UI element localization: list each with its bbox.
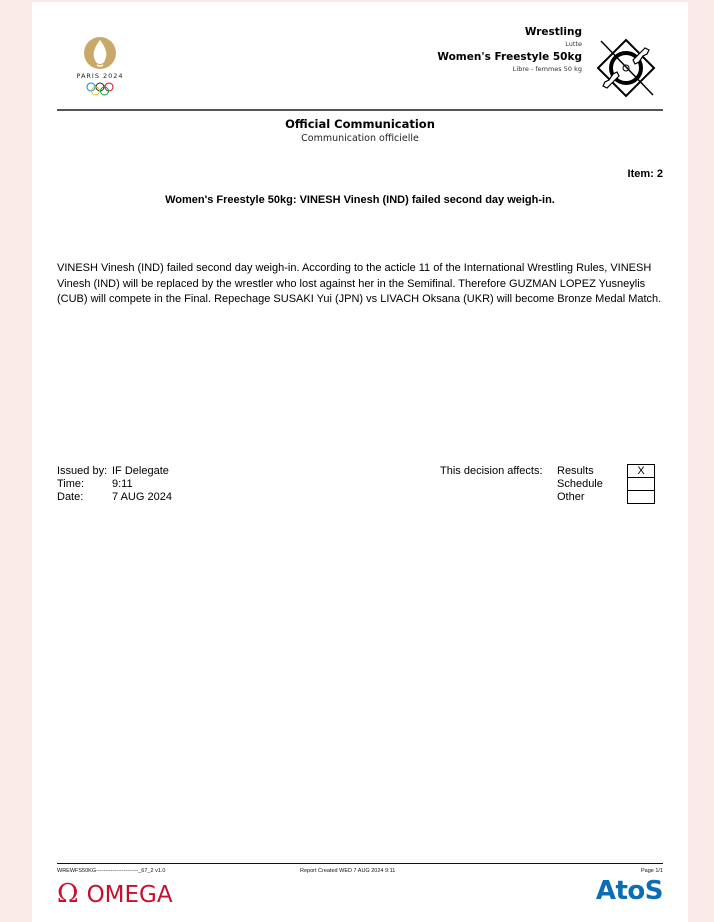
document-title-fr: Communication officielle bbox=[57, 132, 663, 146]
headline: Women's Freestyle 50kg: VINESH Vinesh (I… bbox=[57, 194, 663, 206]
sport-name-fr: Lutte bbox=[437, 39, 582, 49]
time-label: Time: bbox=[57, 478, 112, 491]
report-created: Report Created WED 7 AUG 2024 9:11 bbox=[300, 868, 395, 874]
event-name-fr: Libre - femmes 50 kg bbox=[437, 64, 582, 74]
report-code: WREWFS50KG-----------------------_67_2 v… bbox=[57, 868, 165, 874]
other-checkbox bbox=[627, 490, 655, 504]
paris-2024-text: PARIS 2024 bbox=[70, 72, 130, 80]
olympic-rings-icon bbox=[85, 82, 115, 96]
affects-options: Results Schedule Other bbox=[557, 465, 603, 504]
issued-info: Issued by: IF Delegate Time: 9:11 Date: … bbox=[57, 465, 172, 504]
omega-wordmark: OMEGA bbox=[87, 882, 173, 908]
sport-name: Wrestling bbox=[437, 26, 582, 39]
sport-event-block: Wrestling Lutte Women's Freestyle 50kg L… bbox=[437, 26, 582, 74]
item-number: Item: 2 bbox=[628, 168, 663, 180]
paris-flame-emblem-icon bbox=[70, 36, 130, 72]
header-divider bbox=[57, 109, 663, 111]
affects-option-schedule: Schedule bbox=[557, 478, 603, 491]
body-text: VINESH Vinesh (IND) failed second day we… bbox=[57, 261, 663, 308]
document-page: PARIS 2024 Wrestling Lutte Women's Frees… bbox=[32, 2, 688, 922]
issued-by-label: Issued by: bbox=[57, 465, 112, 478]
footer-divider bbox=[57, 863, 663, 864]
affects-option-results: Results bbox=[557, 465, 603, 478]
schedule-checkbox bbox=[627, 477, 655, 490]
omega-logo: ΩOMEGA bbox=[57, 879, 173, 910]
date-value: 7 AUG 2024 bbox=[112, 491, 172, 504]
issued-by-value: IF Delegate bbox=[112, 465, 172, 478]
atos-logo: AtoS bbox=[596, 874, 663, 908]
document-title-block: Official Communication Communication off… bbox=[57, 117, 663, 146]
time-value: 9:11 bbox=[112, 478, 172, 491]
affects-label: This decision affects: bbox=[440, 465, 543, 478]
paris-2024-logo: PARIS 2024 bbox=[70, 36, 130, 98]
date-label: Date: bbox=[57, 491, 112, 504]
wrestling-pictogram-icon bbox=[595, 38, 657, 98]
results-checkbox: X bbox=[627, 464, 655, 477]
affects-checkboxes: X bbox=[627, 464, 653, 504]
event-name: Women's Freestyle 50kg bbox=[437, 51, 582, 64]
document-title: Official Communication bbox=[57, 117, 663, 132]
omega-symbol-icon: Ω bbox=[57, 879, 79, 909]
affects-option-other: Other bbox=[557, 491, 603, 504]
